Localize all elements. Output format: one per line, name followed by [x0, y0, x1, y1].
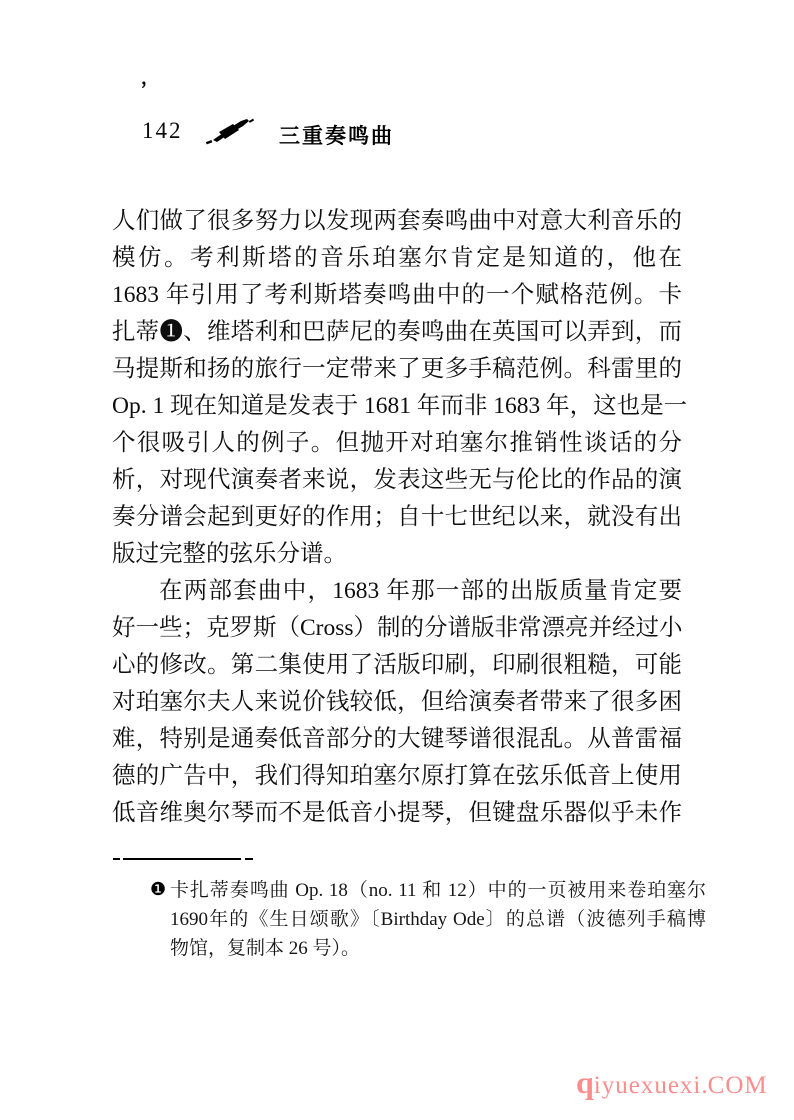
- footnote-line: 1690年的《生日颂歌》〔Birthday Ode〕的总谱（波德列手稿博: [170, 905, 706, 934]
- text-line: 难，特别是通奏低音部分的大键琴谱很混乱。从普雷福: [112, 721, 682, 758]
- watermark-tld: COM: [708, 1072, 768, 1099]
- footnote-separator: [113, 858, 253, 860]
- watermark-middle: iyuexuexi: [594, 1072, 702, 1099]
- text-line: 个很吸引人的例子。但抛开对珀塞尔推销性谈话的分: [112, 425, 682, 462]
- footnote: ❶ 卡扎蒂奏鸣曲 Op. 18（no. 11 和 12）中的一页被用来卷珀塞尔 …: [150, 876, 706, 963]
- text-line: 奏分谱会起到更好的作用；自十七世纪以来，就没有出: [112, 499, 682, 536]
- site-watermark: qiyuexuexi.COM: [576, 1064, 786, 1104]
- pen-icon: [203, 118, 255, 146]
- text-line: 低音维奥尔琴而不是低音小提琴，但键盘乐器似乎未作: [112, 795, 682, 832]
- watermark-lead: q: [576, 1064, 594, 1100]
- chapter-title: 三重奏鸣曲: [279, 120, 394, 150]
- scan-artifact-mark: ，: [141, 64, 159, 90]
- footnote-marker-icon: ❶: [150, 879, 166, 900]
- text-line: 版过完整的弦乐分谱。: [112, 536, 682, 573]
- text-line: 好一些；克罗斯（Cross）制的分谱版非常漂亮并经过小: [112, 610, 682, 647]
- text-line: 人们做了很多努力以发现两套奏鸣曲中对意大利音乐的: [112, 203, 682, 240]
- text-line: Op. 1 现在知道是发表于 1681 年而非 1683 年，这也是一: [112, 388, 682, 425]
- text-line: 扎蒂❶、维塔利和巴萨尼的奏鸣曲在英国可以弄到，而: [112, 314, 682, 351]
- text-line: 德的广告中，我们得知珀塞尔原打算在弦乐低音上使用: [112, 758, 682, 795]
- text-line: 模仿。考利斯塔的音乐珀塞尔肯定是知道的，他在: [112, 240, 682, 277]
- main-text: 人们做了很多努力以发现两套奏鸣曲中对意大利音乐的 模仿。考利斯塔的音乐珀塞尔肯定…: [112, 203, 682, 832]
- text-line: 对珀塞尔夫人来说价钱较低，但给演奏者带来了很多困: [112, 684, 682, 721]
- page-number: 142: [142, 118, 183, 144]
- footnote-text: 卡扎蒂奏鸣曲 Op. 18（no. 11 和 12）中的一页被用来卷珀塞尔 16…: [170, 876, 706, 963]
- footnote-line: 物馆，复制本 26 号）。: [170, 934, 706, 963]
- running-head: 142 三重奏鸣曲: [137, 116, 697, 146]
- text-line: 在两部套曲中，1683 年那一部的出版质量肯定要: [112, 573, 682, 610]
- footnote-line: 卡扎蒂奏鸣曲 Op. 18（no. 11 和 12）中的一页被用来卷珀塞尔: [170, 876, 706, 905]
- text-line: 析，对现代演奏者来说，发表这些无与伦比的作品的演: [112, 462, 682, 499]
- text-line: 1683 年引用了考利斯塔奏鸣曲中的一个赋格范例。卡: [112, 277, 682, 314]
- book-page: ， 142 三重奏鸣曲 人们做了很多努力以发现两套奏鸣曲中对意大利音乐的 模仿。…: [0, 0, 794, 1120]
- text-line: 马提斯和扬的旅行一定带来了更多手稿范例。科雷里的: [112, 351, 682, 388]
- text-line: 心的修改。第二集使用了活版印刷，印刷很粗糙，可能: [112, 647, 682, 684]
